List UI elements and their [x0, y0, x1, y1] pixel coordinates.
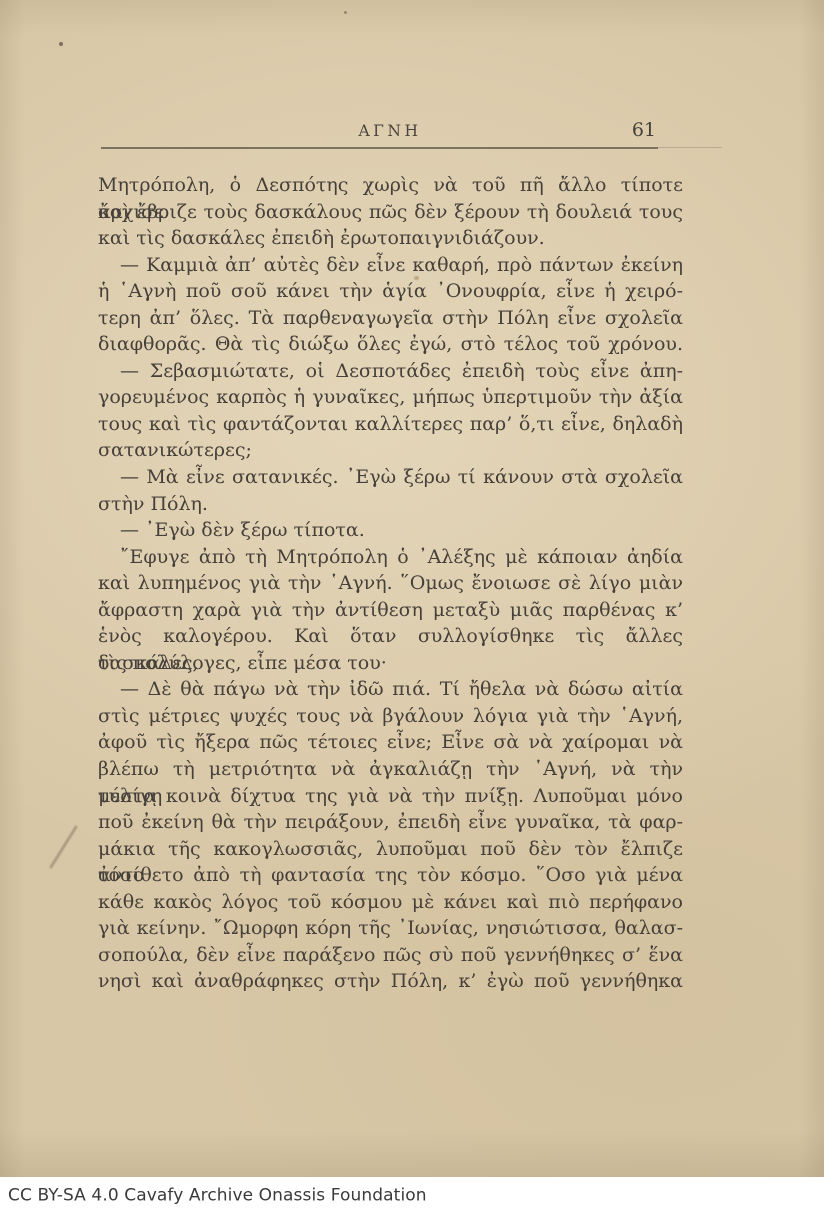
text-line: μάκια τῆς κακογλωσσιᾶς, λυποῦμαι ποῦ δὲν…	[98, 836, 683, 863]
text-line: νησὶ καὶ ἀναθράφηκες στὴν Πόλη, κ’ ἐγὼ π…	[98, 968, 683, 995]
text-line: σατανικώτερες;	[98, 437, 683, 464]
text-line: ἀφοῦ τὶς ἤξερα πῶς τέτοιες εἶνε; Εἶνε σὰ…	[98, 729, 683, 756]
text-line: γορευμένος καρπὸς ἡ γυναῖκες, μήπως ὑπερ…	[98, 384, 683, 411]
text-line: κάθε κακὸς λόγος τοῦ κόσμου μὲ κάνει καὶ…	[98, 889, 683, 916]
text-line: ῎Εφυγε ἀπὸ τὴ Μητρόπολη ὁ ᾿Αλέξης μὲ κάπ…	[98, 544, 683, 571]
text-block: Μητρόπολη, ὁ Δεσπότης χωρὶς νὰ τοῦ πῆ ἄλ…	[98, 172, 683, 995]
text-line: στὶς μέτριες ψυχές τους νὰ βγάλουν λόγια…	[98, 703, 683, 730]
text-line: τερη ἀπ’ ὅλες. Τὰ παρθεναγωγεῖα στὴν Πόλ…	[98, 305, 683, 332]
footer-bar: CC BY-SA 4.0 Cavafy Archive Onassis Foun…	[0, 1177, 824, 1215]
text-line: μέστα κοινὰ δίχτυα της γιὰ νὰ τὴν πνίξῃ.…	[98, 783, 683, 810]
text-line: ἀντίθετο ἀπὸ τὴ φαντασία της τὸν κόσμο. …	[98, 862, 683, 889]
header-rule-faint-segment	[658, 147, 722, 148]
text-line: — Σεβασμιώτατε, οἱ Δεσποτάδες ἐπειδὴ τοὺ…	[98, 358, 683, 385]
text-line: — ᾿Εγὼ δὲν ξέρω τίποτα.	[98, 517, 683, 544]
text-line: καὶ ἔβριζε τοὺς δασκάλους πῶς δὲν ξέρουν…	[98, 199, 683, 226]
text-line: ἡ ῾Αγνὴ ποῦ σοῦ κάνει τὴν ἁγία ᾿Ονουφρία…	[98, 278, 683, 305]
text-line: καὶ λυπημένος γιὰ τὴν ῾Αγνή. ῞Ομως ἔνοιω…	[98, 570, 683, 597]
text-line: βλέπω τὴ μετριότητα νὰ ἀγκαλιάζῃ τὴν ῾Αγ…	[98, 756, 683, 783]
text-line: — Δὲ θὰ πάγω νὰ τὴν ἰδῶ πιά. Τί ἤθελα νὰ…	[98, 676, 683, 703]
text-line: ἄφραστη χαρὰ γιὰ τὴν ἀντίθεση μεταξὺ μιᾶ…	[98, 597, 683, 624]
license-text: CC BY-SA 4.0 Cavafy Archive Onassis Foun…	[8, 1186, 427, 1206]
text-line: τὶς πολύλογες, εἶπε μέσα του·	[98, 650, 683, 677]
text-line: σοπούλα, δὲν εἶνε παράξενο πῶς σὺ ποῦ γε…	[98, 942, 683, 969]
scanned-book-page: ΑΓΝΗ 61 Μητρόπολη, ὁ Δεσπότης χωρὶς νὰ τ…	[0, 0, 824, 1177]
paper-speck	[59, 42, 63, 46]
paper-speck	[344, 11, 347, 14]
text-line: — Μὰ εἶνε σατανικές. ᾿Εγὼ ξέρω τί κάνουν…	[98, 464, 683, 491]
text-line: καὶ τὶς δασκάλες ἐπειδὴ ἐρωτοπαιγνιδιάζο…	[98, 225, 683, 252]
text-line: ποῦ ἐκείνη θὰ τὴν πειράξουν, ἐπειδὴ εἶνε…	[98, 809, 683, 836]
text-line: ἑνὸς καλογέρου. Καὶ ὅταν συλλογίσθηκε τὶ…	[98, 623, 683, 650]
text-line: διαφθορᾶς. Θὰ τὶς διώξω ὅλες ἐγώ, στὸ τέ…	[98, 331, 683, 358]
text-line: γιὰ κείνην. ῎Ωμορφη κόρη τῆς ᾿Ιωνίας, νη…	[98, 915, 683, 942]
text-line: — Καμμιὰ ἀπ’ αὐτὲς δὲν εἶνε καθαρή, πρὸ …	[98, 252, 683, 279]
text-line: τους καὶ τὶς φαντάζονται καλλίτερες παρ’…	[98, 411, 683, 438]
paper-stain	[414, 276, 419, 280]
text-line: Μητρόπολη, ὁ Δεσπότης χωρὶς νὰ τοῦ πῆ ἄλ…	[98, 172, 683, 199]
page-number: 61	[500, 119, 656, 141]
pencil-slash-mark	[49, 825, 78, 869]
header-rule	[101, 147, 658, 149]
text-line: στὴν Πόλη.	[98, 491, 683, 518]
